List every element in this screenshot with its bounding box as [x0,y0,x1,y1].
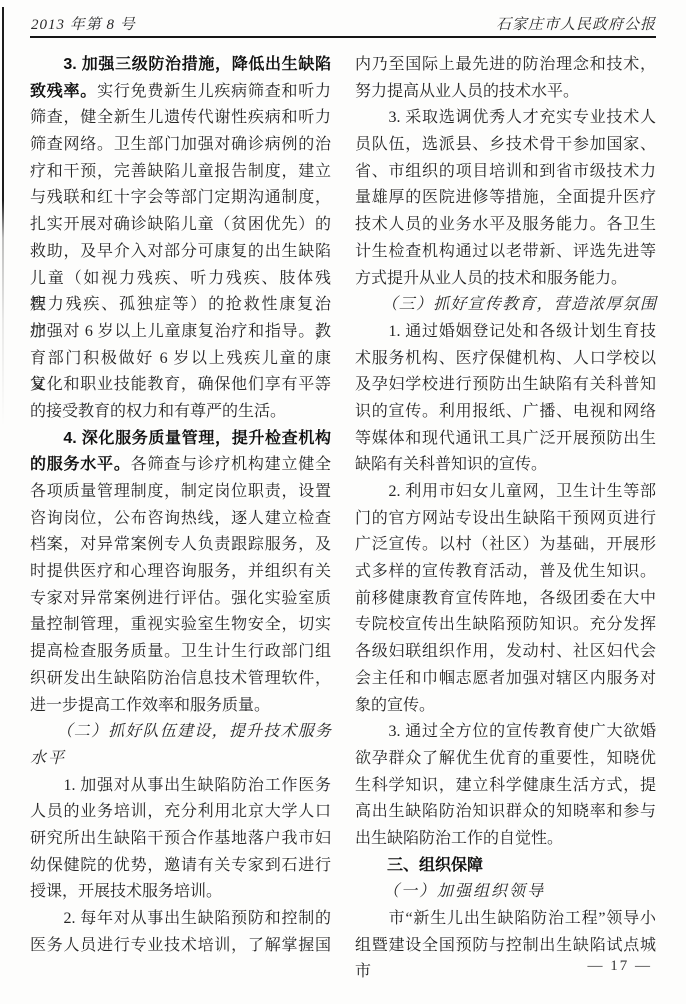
text-segment-body: 各筛查与诊疗机构建立健全 [131,456,331,473]
text-line: 进一步提高工作效率和服务质量。 [30,693,331,720]
text-line: 量雄厚的医院进修等措施，全面提升医疗 [355,185,656,212]
text-line: 术服务机构、医疗保健机构、人口学校以 [355,346,656,373]
text-line: 研究所出生缺陷干预合作基地落户我市妇 [30,826,331,853]
text-segment-body: 方式提升从业人员的技术和服务能力。 [355,270,627,287]
text-line: 组暨建设全国预防与控制出生缺陷试点城市 [355,933,656,960]
text-segment-bold: 4. 深化服务质量管理，提升检查机构 [30,430,331,447]
text-line: （二）抓好队伍建设，提升技术服务 [30,719,331,746]
header-rule [30,36,656,38]
text-line: 市“新生儿出生缺陷防治工程”领导小 [355,906,656,933]
text-segment-body: 进一步提高工作效率和服务质量。 [30,697,270,714]
gazette-page: 2013 年第 8 号 石家庄市人民政府公报 3. 加强三级防治措施，降低出生缺… [0,0,686,1004]
text-line: 专家对异常案例进行评估。强化实验室质 [30,586,331,613]
text-line: 各级妇联组织作用，发动村、社区妇代会 [355,639,656,666]
text-line: 文化和职业技能教育，确保他们享有平等 [30,372,331,399]
text-segment-body: 市“新生儿出生缺陷防治工程”领导小 [355,910,656,927]
text-line: 式多样的宣传教育活动，普及优生知识。 [355,559,656,586]
text-segment-body: 疗和干预，完善缺陷儿童报告制度，建立 [30,163,331,180]
text-segment-body: 加强对 6 岁以上儿童康复治疗和指导。教 [30,323,331,340]
text-line: 儿童（如视力残疾、听力残疾、肢体残疾、 [30,266,331,293]
text-line: （三）抓好宣传教育，营造浓厚氛围 [355,292,656,319]
text-line: 筛查，健全新生儿遗传代谢性疾病和听力 [30,105,331,132]
right-text-column: 内乃至国际上最先进的防治理念和技术，努力提高从业人员的技术水平。 3. 采取选调… [355,52,656,959]
text-segment-body: 计生检查机构通过以老带新、评选先进等 [355,243,656,260]
text-line: 咨询岗位，公布咨询热线，逐人建立检查 [30,506,331,533]
text-segment-body: 识的宣传。利用报纸、广播、电视和网络 [355,403,656,420]
text-segment-body: 人员的业务培训，充分利用北京大学人口 [30,803,331,820]
text-segment-body: 与残联和红十字会等部门定期沟通制度， [30,189,331,206]
text-segment-body: 式多样的宣传教育活动，普及优生知识。 [355,563,656,580]
scan-edge-artifact [2,7,4,427]
page-number: — 17 — [588,958,653,975]
text-segment-body: 织研发出生缺陷防治信息技术管理软件， [30,670,331,687]
text-line: 缺陷有关科普知识的宣传。 [355,452,656,479]
text-segment-body: 象的宣传。 [355,697,435,714]
page-header: 2013 年第 8 号 石家庄市人民政府公报 [31,13,656,34]
text-segment-body: 时提供医疗和心理咨询服务，并组织有关 [30,563,331,580]
text-segment-body: 专家对异常案例进行评估。强化实验室质 [30,590,331,607]
text-line: 3. 通过全方位的宣传教育使广大欲婚 [355,719,656,746]
text-segment-body: 的接受教育的权力和有尊严的生活。 [30,403,286,420]
text-line: 医务人员进行专业技术培训，了解掌握国 [30,933,331,960]
text-segment-body: 咨询岗位，公布咨询热线，逐人建立检查 [30,510,331,527]
text-segment-body: 2. 每年对从事出生缺陷预防和控制的 [30,910,331,927]
text-segment-body: 扎实开展对确诊缺陷儿童（贫困优先）的 [30,216,331,233]
text-line: 救助，及早介入对部分可康复的出生缺陷 [30,239,331,266]
text-segment-body: 筛查网络。卫生部门加强对确诊病例的治 [30,136,331,153]
text-segment-body: 医务人员进行专业技术培训，了解掌握国 [30,937,331,954]
text-segment-bold: 的服务水平。 [30,456,131,473]
text-segment-body: 生科学知识，建立科学健康生活方式，提 [355,777,656,794]
text-line: 的服务水平。各筛查与诊疗机构建立健全 [30,452,331,479]
text-line: 3. 加强三级防治措施，降低出生缺陷 [30,52,331,79]
text-line: 生科学知识，建立科学健康生活方式，提 [355,773,656,800]
text-line: 等媒体和现代通讯工具广泛开展预防出生 [355,426,656,453]
text-segment-body: 努力提高从业人员的技术水平。 [355,83,579,100]
text-segment-body: 术服务机构、医疗保健机构、人口学校以 [355,350,656,367]
header-gazette-title: 石家庄市人民政府公报 [496,13,656,34]
text-line: 专院校宣传出生缺陷预防知识。充分发挥 [355,612,656,639]
text-line: 幼保健院的优势，邀请有关专家到石进行 [30,853,331,880]
text-segment-bold: 3. 加强三级防治措施，降低出生缺陷 [30,56,331,73]
text-line: 3. 采取选调优秀人才充实专业技术人 [355,105,656,132]
text-segment-body: 各项质量管理制度，制定岗位职责，设置 [30,483,331,500]
text-line: 高出生缺陷防治知识群众的知晓率和参与 [355,799,656,826]
text-line: 智力残疾、孤独症等）的抢救性康复治疗， [30,292,331,319]
text-segment-body: 1. 通过婚姻登记处和各级计划生育技 [355,323,656,340]
text-segment-body: 会主任和巾帼志愿者加强对辖区内服务对 [355,670,656,687]
text-segment-body: 各级妇联组织作用，发动村、社区妇代会 [355,643,656,660]
text-line: 前移健康教育宣传阵地，各级团委在大中 [355,586,656,613]
text-segment-body: 量雄厚的医院进修等措施，全面提升医疗 [355,189,656,206]
text-segment-body: 省、市组织的项目培训和到省市级技术力 [355,163,656,180]
text-line: 疗和干预，完善缺陷儿童报告制度，建立 [30,159,331,186]
text-segment-body: 等媒体和现代通讯工具广泛开展预防出生 [355,430,656,447]
text-line: 识的宣传。利用报纸、广播、电视和网络 [355,399,656,426]
text-segment-body: 内乃至国际上最先进的防治理念和技术， [355,56,656,73]
text-segment-kai: （一）加强组织领导 [355,883,545,900]
text-line: 会主任和巾帼志愿者加强对辖区内服务对 [355,666,656,693]
text-line: 人员的业务培训，充分利用北京大学人口 [30,799,331,826]
text-line: 1. 通过婚姻登记处和各级计划生育技 [355,319,656,346]
text-segment-body: 员队伍，选派县、乡技术骨干参加国家、 [355,136,656,153]
text-line: 与残联和红十字会等部门定期沟通制度， [30,185,331,212]
text-line: 的接受教育的权力和有尊严的生活。 [30,399,331,426]
text-line: 2. 利用市妇女儿童网，卫生计生等部 [355,479,656,506]
text-segment-body: 3. 通过全方位的宣传教育使广大欲婚 [355,723,656,740]
text-line: 水平 [30,746,331,773]
text-segment-kai: （三）抓好宣传教育，营造浓厚氛围 [355,296,656,313]
text-line: 出生缺陷防治工作的自觉性。 [355,826,656,853]
text-segment-body: 门的官方网站专设出生缺陷干预网页进行 [355,510,656,527]
text-segment-bold: 致残率。 [30,83,97,100]
text-segment-bold: 三、组织保障 [355,857,483,874]
text-segment-body: 提高检查服务质量。卫生计生行政部门组 [30,643,331,660]
text-segment-body: 3. 采取选调优秀人才充实专业技术人 [355,109,656,126]
text-segment-body: 高出生缺陷防治知识群众的知晓率和参与 [355,803,656,820]
text-line: 计生检查机构通过以老带新、评选先进等 [355,239,656,266]
text-line: 内乃至国际上最先进的防治理念和技术， [355,52,656,79]
text-line: 加强对 6 岁以上儿童康复治疗和指导。教 [30,319,331,346]
text-line: 量控制管理，重视实验室生物安全，切实 [30,612,331,639]
text-line: 育部门积极做好 6 岁以上残疾儿童的康复、 [30,346,331,373]
text-line: 欲孕群众了解优生优育的重要性，知晓优 [355,746,656,773]
text-segment-body: 及孕妇学校进行预防出生缺陷有关科普知 [355,376,656,393]
text-line: 方式提升从业人员的技术和服务能力。 [355,266,656,293]
text-line: 各项质量管理制度，制定岗位职责，设置 [30,479,331,506]
text-line: 门的官方网站专设出生缺陷干预网页进行 [355,506,656,533]
text-line: 扎实开展对确诊缺陷儿童（贫困优先）的 [30,212,331,239]
text-segment-kai: （二）抓好队伍建设，提升技术服务 [30,723,331,740]
text-line: 4. 深化服务质量管理，提升检查机构 [30,426,331,453]
text-line: 授课，开展技术服务培训。 [30,879,331,906]
text-line: 省、市组织的项目培训和到省市级技术力 [355,159,656,186]
text-line: 时提供医疗和心理咨询服务，并组织有关 [30,559,331,586]
left-text-column: 3. 加强三级防治措施，降低出生缺陷致残率。实行免费新生儿疾病筛查和听力筛查，健… [30,52,331,959]
text-line: 员队伍，选派县、乡技术骨干参加国家、 [355,132,656,159]
text-line: （一）加强组织领导 [355,879,656,906]
text-segment-body: 文化和职业技能教育，确保他们享有平等 [30,376,331,393]
text-segment-body: 量控制管理，重视实验室生物安全，切实 [30,616,331,633]
text-segment-body: 广泛宣传。以村（社区）为基础，开展形 [355,536,656,553]
text-segment-body: 技术人员的业务水平及服务能力。各卫生 [355,216,656,233]
text-line: 及孕妇学校进行预防出生缺陷有关科普知 [355,372,656,399]
text-line: 提高检查服务质量。卫生计生行政部门组 [30,639,331,666]
text-segment-body: 救助，及早介入对部分可康复的出生缺陷 [30,243,331,260]
text-line: 象的宣传。 [355,693,656,720]
text-line: 致残率。实行免费新生儿疾病筛查和听力 [30,79,331,106]
text-segment-body: 2. 利用市妇女儿童网，卫生计生等部 [355,483,656,500]
text-segment-body: 实行免费新生儿疾病筛查和听力 [97,83,331,100]
text-segment-body: 出生缺陷防治工作的自觉性。 [355,830,563,847]
text-line: 三、组织保障 [355,853,656,880]
text-line: 2. 每年对从事出生缺陷预防和控制的 [30,906,331,933]
text-segment-body: 前移健康教育宣传阵地，各级团委在大中 [355,590,656,607]
text-line: 1. 加强对从事出生缺陷防治工作医务 [30,773,331,800]
text-line: 织研发出生缺陷防治信息技术管理软件， [30,666,331,693]
text-segment-body: 缺陷有关科普知识的宣传。 [355,456,547,473]
text-segment-body: 专院校宣传出生缺陷预防知识。充分发挥 [355,616,656,633]
text-segment-body: 档案，对异常案例专人负责跟踪服务，及 [30,536,331,553]
text-segment-body: 筛查，健全新生儿遗传代谢性疾病和听力 [30,109,331,126]
text-line: 技术人员的业务水平及服务能力。各卫生 [355,212,656,239]
text-line: 档案，对异常案例专人负责跟踪服务，及 [30,532,331,559]
text-segment-kai: 水平 [30,750,66,767]
text-segment-body: 授课，开展技术服务培训。 [30,883,222,900]
text-line: 广泛宣传。以村（社区）为基础，开展形 [355,532,656,559]
header-issue-number: 2013 年第 8 号 [31,13,136,34]
text-line: 筛查网络。卫生部门加强对确诊病例的治 [30,132,331,159]
text-segment-body: 欲孕群众了解优生优育的重要性，知晓优 [355,750,656,767]
text-segment-body: 研究所出生缺陷干预合作基地落户我市妇 [30,830,331,847]
text-line: 努力提高从业人员的技术水平。 [355,79,656,106]
text-segment-body: 1. 加强对从事出生缺陷防治工作医务 [30,777,331,794]
text-segment-body: 幼保健院的优势，邀请有关专家到石进行 [30,857,331,874]
